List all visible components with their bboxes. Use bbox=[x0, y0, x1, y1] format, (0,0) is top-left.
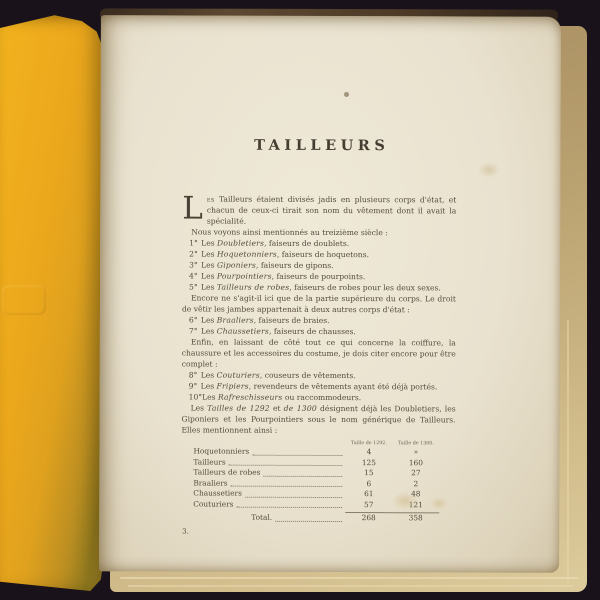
book-page: TAILLEURS Les Tailleurs étaient divisés … bbox=[99, 15, 561, 573]
signature-mark: 3. bbox=[182, 526, 455, 538]
list-text: Les bbox=[201, 261, 217, 270]
trade-term: Chaussetiers bbox=[217, 327, 269, 336]
list-number: 8° bbox=[189, 370, 201, 381]
trade-term: Braaliers bbox=[217, 316, 254, 325]
row-label: Hoquetonniers bbox=[193, 447, 249, 458]
list-number: 1° bbox=[189, 238, 201, 249]
list-number: 10° bbox=[189, 392, 203, 403]
list-text: Les bbox=[201, 316, 217, 325]
paragraph: Enfin, en laissant de côté tout ce qui c… bbox=[182, 336, 456, 370]
value-1292: 125 bbox=[345, 458, 392, 469]
list-item: 5°Les Tailleurs de robes, faiseurs de ro… bbox=[189, 282, 456, 294]
value-1292: 57 bbox=[345, 500, 392, 511]
value-1292: 15 bbox=[345, 468, 392, 479]
opening-paragraph: Les Tailleurs étaient divisés jadis en p… bbox=[182, 193, 456, 227]
paragraph-text: et bbox=[270, 404, 284, 413]
trade-term: Pourpointiers bbox=[217, 272, 272, 281]
table-row: Hoquetonniers4» bbox=[193, 447, 439, 458]
list-text: Les bbox=[202, 393, 218, 402]
list-text: Les bbox=[201, 272, 217, 281]
value-1292: 61 bbox=[345, 489, 392, 500]
taille-1300-ref: de 1300 bbox=[284, 404, 317, 413]
list-item: 4°Les Pourpointiers, faiseurs de pourpoi… bbox=[189, 271, 456, 283]
trade-term: Tailleurs de robes bbox=[217, 283, 289, 292]
list-text: , faiseurs de robes pour les deux sexes. bbox=[289, 283, 441, 293]
value-1300: 121 bbox=[392, 500, 439, 511]
list-text: Les bbox=[201, 327, 217, 336]
list-item: 10°Les Rafreschisseurs ou raccommodeurs. bbox=[189, 392, 456, 404]
list-text: , faiseurs de doublets. bbox=[264, 239, 349, 248]
list-text: Les bbox=[201, 382, 217, 391]
list-text: , faiseurs de hoquetons. bbox=[277, 250, 369, 259]
dotted-leader bbox=[252, 447, 342, 455]
total-1292: 268 bbox=[345, 512, 392, 524]
list-text: Les bbox=[201, 239, 217, 248]
value-1300: 48 bbox=[392, 489, 439, 500]
trade-term: Giponiers bbox=[217, 261, 256, 270]
list-number: 5° bbox=[189, 282, 201, 293]
list-item: 2°Les Hoquetonniers, faiseurs de hoqueto… bbox=[189, 249, 456, 261]
total-1300: 358 bbox=[392, 512, 439, 524]
under-page-edge bbox=[128, 585, 574, 587]
trades-count-table: Taille de 1292. Taille de 1300. Hoqueton… bbox=[193, 440, 439, 524]
value-1300: » bbox=[392, 447, 439, 458]
dotted-leader bbox=[263, 468, 342, 476]
list-text: , faiseurs de chausses. bbox=[269, 327, 356, 336]
paragraph: Encore ne s'agit-il ici que de la partie… bbox=[182, 292, 456, 315]
list-text: , faiseurs de braies. bbox=[254, 316, 330, 325]
list-number: 6° bbox=[189, 315, 201, 326]
list-item: 8°Les Couturiers, couseurs de vêtements. bbox=[189, 370, 456, 382]
total-label: Total. bbox=[251, 513, 272, 524]
paragraph-text: Tailleurs étaient divisés jadis en plusi… bbox=[207, 195, 457, 226]
value-1300: 160 bbox=[392, 458, 439, 469]
list-number: 9° bbox=[189, 381, 201, 392]
list-text: , couseurs de vêtements. bbox=[260, 371, 356, 380]
under-page-edge bbox=[567, 320, 569, 582]
value-1300: 2 bbox=[392, 479, 439, 490]
dotted-leader bbox=[275, 513, 342, 521]
drop-cap: L bbox=[182, 193, 207, 223]
list-text: , revendeurs de vêtements ayant été déjà… bbox=[249, 382, 438, 392]
value-1292: 6 bbox=[345, 479, 392, 490]
list-number: 2° bbox=[189, 249, 201, 260]
list-text: , faiseurs de pourpoints. bbox=[272, 272, 366, 281]
row-label: Braaliers bbox=[193, 478, 227, 489]
book-photo: TAILLEURS Les Tailleurs étaient divisés … bbox=[0, 0, 600, 600]
table-row: Couturiers57121 bbox=[193, 499, 439, 510]
under-page-edge bbox=[120, 577, 578, 579]
yellow-endpaper-page bbox=[0, 13, 105, 591]
trade-term: Hoquetonniers bbox=[217, 250, 277, 259]
value-1292: 4 bbox=[345, 447, 392, 458]
dotted-leader bbox=[229, 458, 343, 466]
chapter-title: TAILLEURS bbox=[182, 137, 456, 154]
list-item: 9°Les Fripiers, revendeurs de vêtements … bbox=[189, 381, 456, 393]
list-item: 3°Les Giponiers, faiseurs de gipons. bbox=[189, 260, 456, 272]
table-total-row: Total.268358 bbox=[193, 512, 439, 524]
trade-term: Fripiers bbox=[217, 382, 249, 391]
list-number: 7° bbox=[189, 326, 201, 337]
value-1300: 27 bbox=[392, 468, 439, 479]
list-text: Les bbox=[201, 250, 217, 259]
list-item: 6°Les Braaliers, faiseurs de braies. bbox=[189, 315, 456, 327]
taille-1292-ref: Tailles de 1292 bbox=[207, 404, 270, 413]
list-text: ou raccommodeurs. bbox=[282, 393, 361, 402]
list-item: 7°Les Chaussetiers, faiseurs de chausses… bbox=[189, 326, 456, 338]
row-label: Couturiers bbox=[193, 499, 233, 510]
list-text: Les bbox=[201, 283, 217, 292]
trade-term: Couturiers bbox=[217, 371, 260, 380]
table-row: Tailleurs de robes1527 bbox=[193, 468, 439, 479]
closing-paragraph: Les Tailles de 1292 et de 1300 désignent… bbox=[182, 402, 456, 436]
dotted-leader bbox=[245, 489, 342, 497]
list-text: Les bbox=[201, 371, 217, 380]
dotted-leader bbox=[236, 500, 342, 508]
dotted-leader bbox=[231, 479, 343, 487]
list-text: , faiseurs de gipons. bbox=[256, 261, 334, 270]
row-label: Tailleurs de robes bbox=[193, 468, 260, 479]
page-content: TAILLEURS Les Tailleurs étaient divisés … bbox=[181, 137, 456, 537]
row-label: Tailleurs bbox=[193, 457, 225, 468]
list-number: 3° bbox=[189, 260, 201, 271]
embossed-stamp bbox=[2, 285, 46, 315]
paragraph-text: Les bbox=[191, 404, 208, 413]
trade-term: Rafreschisseurs bbox=[218, 393, 283, 402]
list-number: 4° bbox=[189, 271, 201, 282]
row-label: Chaussetiers bbox=[193, 489, 242, 500]
trade-term: Doubletiers bbox=[217, 239, 264, 248]
list-item: 1°Les Doubletiers, faiseurs de doublets. bbox=[189, 238, 456, 250]
